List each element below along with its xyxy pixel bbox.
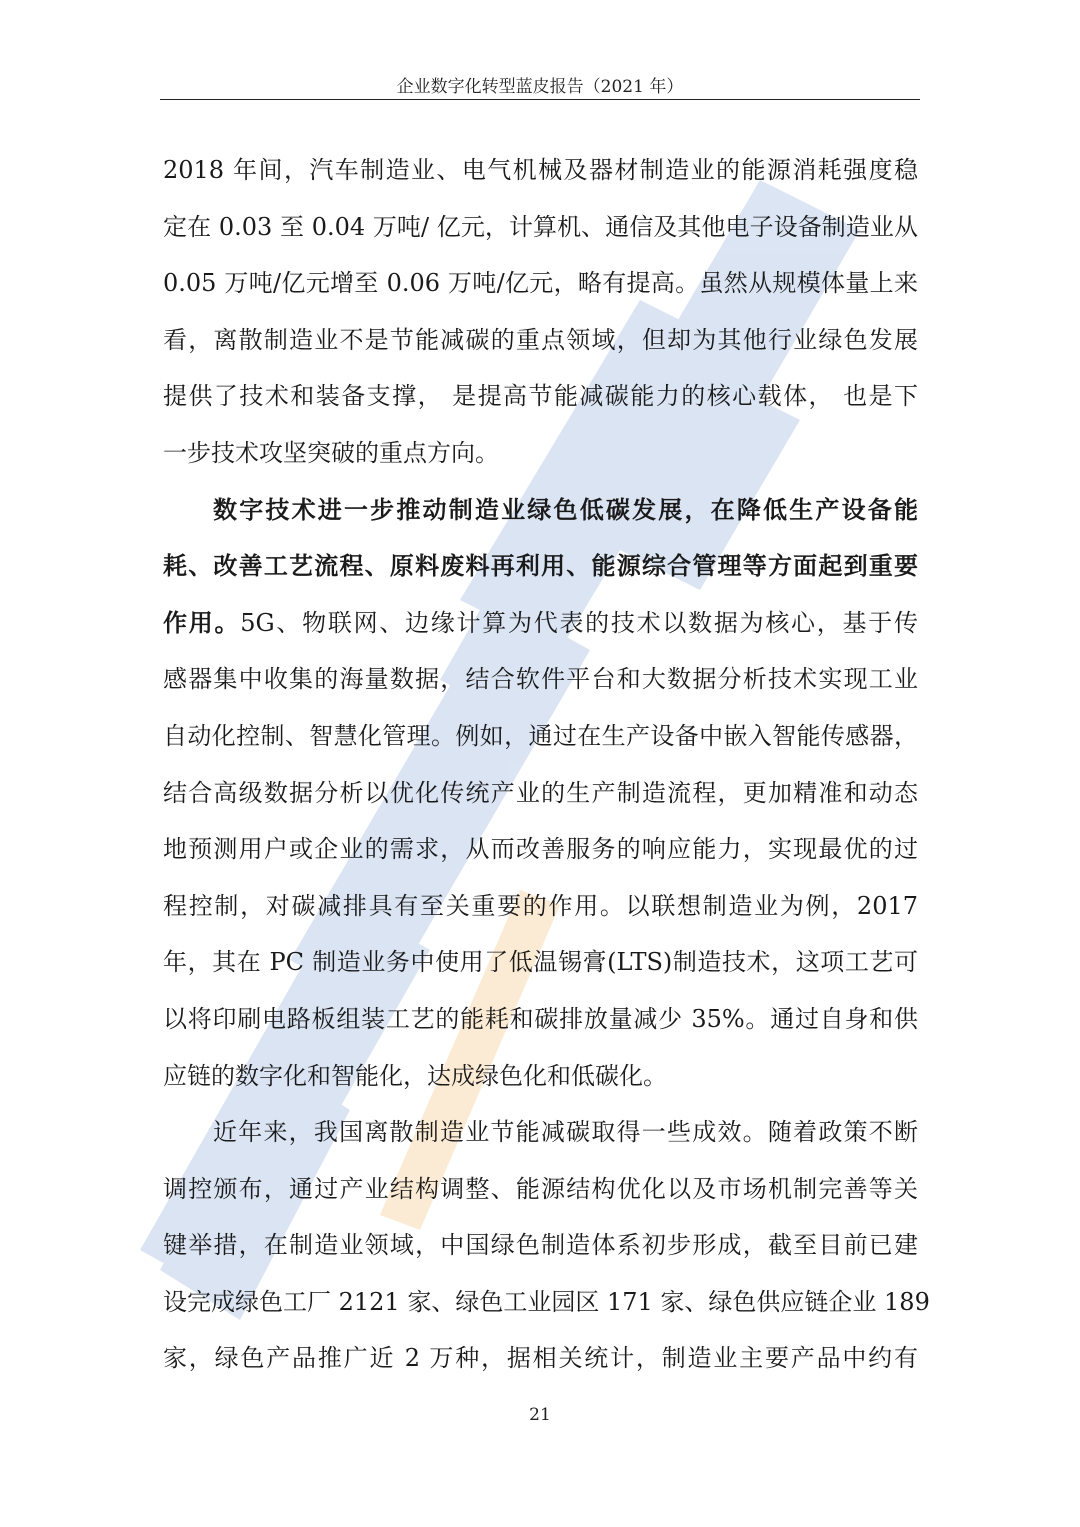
text-line: 应链的数字化和智能化，达成绿色化和低碳化。 <box>163 1048 918 1105</box>
text-line: 程控制，对碳减排具有至关重要的作用。以联想制造业为例，2017 <box>163 878 918 935</box>
text-line: 2018 年间，汽车制造业、电气机械及器材制造业的能源消耗强度稳 <box>163 142 918 199</box>
text-line: 一步技术攻坚突破的重点方向。 <box>163 425 918 482</box>
text-line: 键举措，在制造业领域，中国绿色制造体系初步形成，截至目前已建 <box>163 1217 918 1274</box>
bold-lead-tail: 作用。 <box>163 609 240 637</box>
text-line: 看，离散制造业不是节能减碳的重点领域，但却为其他行业绿色发展 <box>163 312 918 369</box>
bold-lead-line: 数字技术进一步推动制造业绿色低碳发展，在降低生产设备能 <box>163 482 918 539</box>
text-line: 地预测用户或企业的需求，从而改善服务的响应能力，实现最优的过 <box>163 821 918 878</box>
text-line: 调控颁布，通过产业结构调整、能源结构优化以及市场机制完善等关 <box>163 1161 918 1218</box>
text-line: 近年来，我国离散制造业节能减碳取得一些成效。随着政策不断 <box>163 1104 918 1161</box>
text-line: 结合高级数据分析以优化传统产业的生产制造流程，更加精准和动态 <box>163 765 918 822</box>
bold-lead-line: 耗、改善工艺流程、原料废料再利用、能源综合管理等方面起到重要 <box>163 538 918 595</box>
document-page: 企业数字化转型蓝皮报告（2021 年） 2018 年间，汽车制造业、电气机械及器… <box>0 0 1080 1527</box>
text-span: 5G、物联网、边缘计算为代表的技术以数据为核心，基于传 <box>240 609 918 637</box>
text-line: 自动化控制、智慧化管理。例如，通过在生产设备中嵌入智能传感器， <box>163 708 918 765</box>
text-line: 定在 0.03 至 0.04 万吨/ 亿元，计算机、通信及其他电子设备制造业从 <box>163 199 918 256</box>
text-line: 提供了技术和装备支撑， 是提高节能减碳能力的核心载体， 也是下 <box>163 368 918 425</box>
text-line: 感器集中收集的海量数据，结合软件平台和大数据分析技术实现工业 <box>163 651 918 708</box>
mixed-line: 作用。5G、物联网、边缘计算为代表的技术以数据为核心，基于传 <box>163 595 918 652</box>
body-text: 2018 年间，汽车制造业、电气机械及器材制造业的能源消耗强度稳 定在 0.03… <box>163 142 918 1387</box>
text-line: 设完成绿色工厂 2121 家、绿色工业园区 171 家、绿色供应链企业 189 <box>163 1274 918 1331</box>
page-number: 21 <box>0 1405 1080 1425</box>
text-line: 家，绿色产品推广近 2 万种，据相关统计，制造业主要产品中约有 <box>163 1330 918 1387</box>
text-line: 0.05 万吨/亿元增至 0.06 万吨/亿元，略有提高。虽然从规模体量上来 <box>163 255 918 312</box>
header-divider <box>160 99 920 100</box>
text-line: 年，其在 PC 制造业务中使用了低温锡膏(LTS)制造技术，这项工艺可 <box>163 934 918 991</box>
text-line: 以将印刷电路板组装工艺的能耗和碳排放量减少 35%。通过自身和供 <box>163 991 918 1048</box>
running-header: 企业数字化转型蓝皮报告（2021 年） <box>160 72 920 97</box>
